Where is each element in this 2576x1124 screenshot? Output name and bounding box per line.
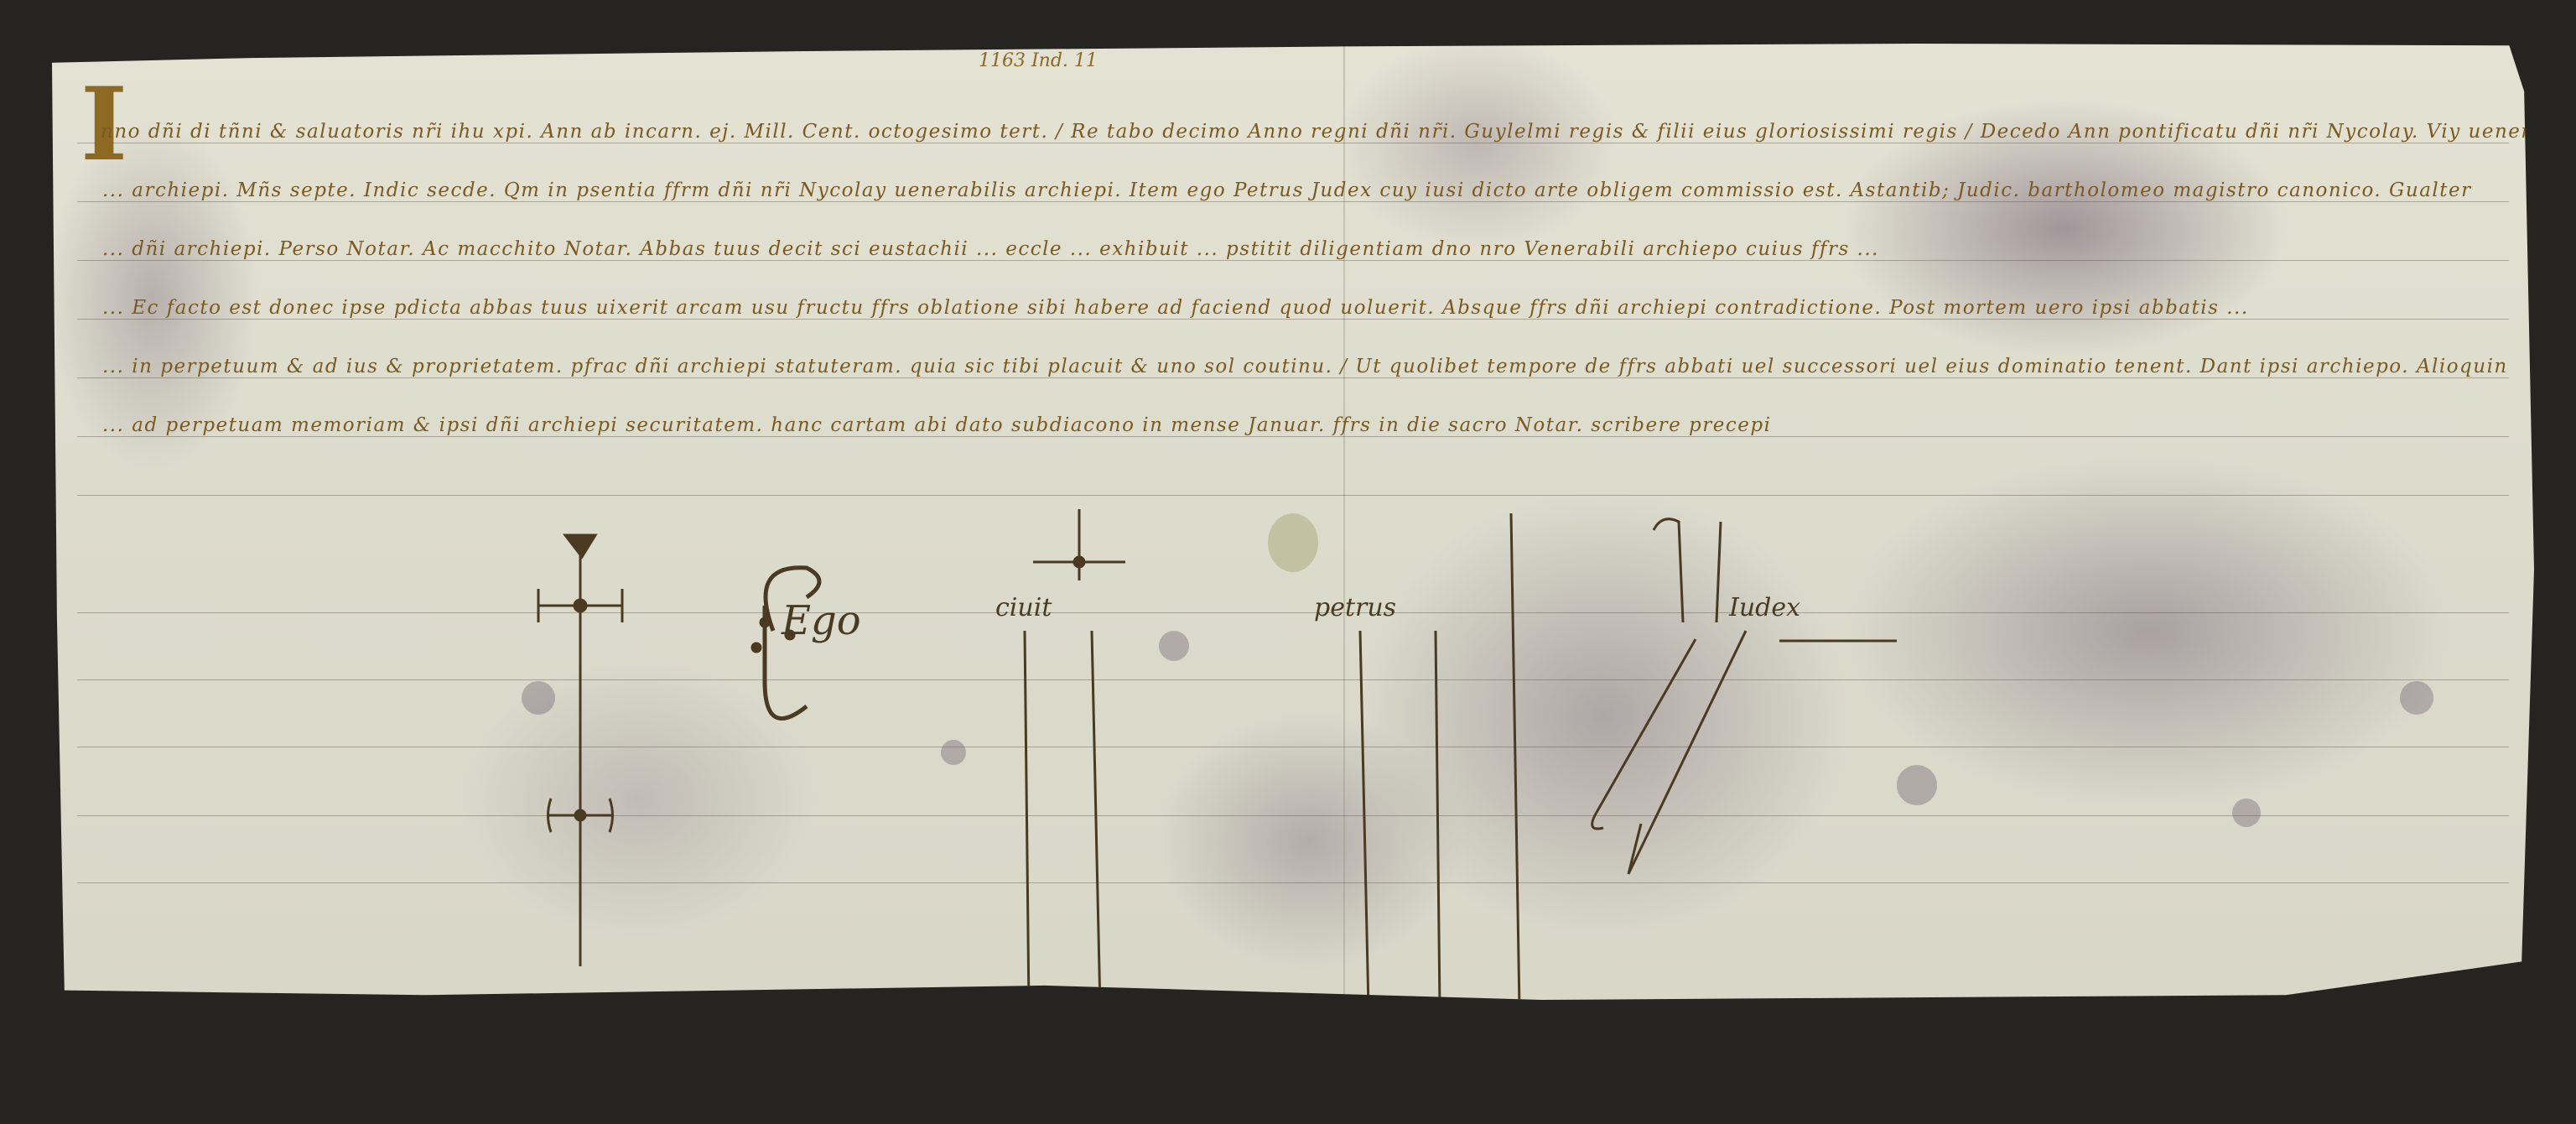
parchment-sheet: 1163 Ind. 11 I nno dñi di tñni & saluato…	[52, 44, 2534, 1000]
petrus-signum-icon	[1360, 513, 1519, 1008]
ego-monogram-icon	[752, 568, 819, 719]
cross-signum-icon	[538, 535, 622, 966]
signatures-ink	[52, 44, 2534, 1000]
ciuit-signum-icon	[1025, 509, 1125, 1008]
iudex-signature-icon	[1592, 519, 1897, 874]
